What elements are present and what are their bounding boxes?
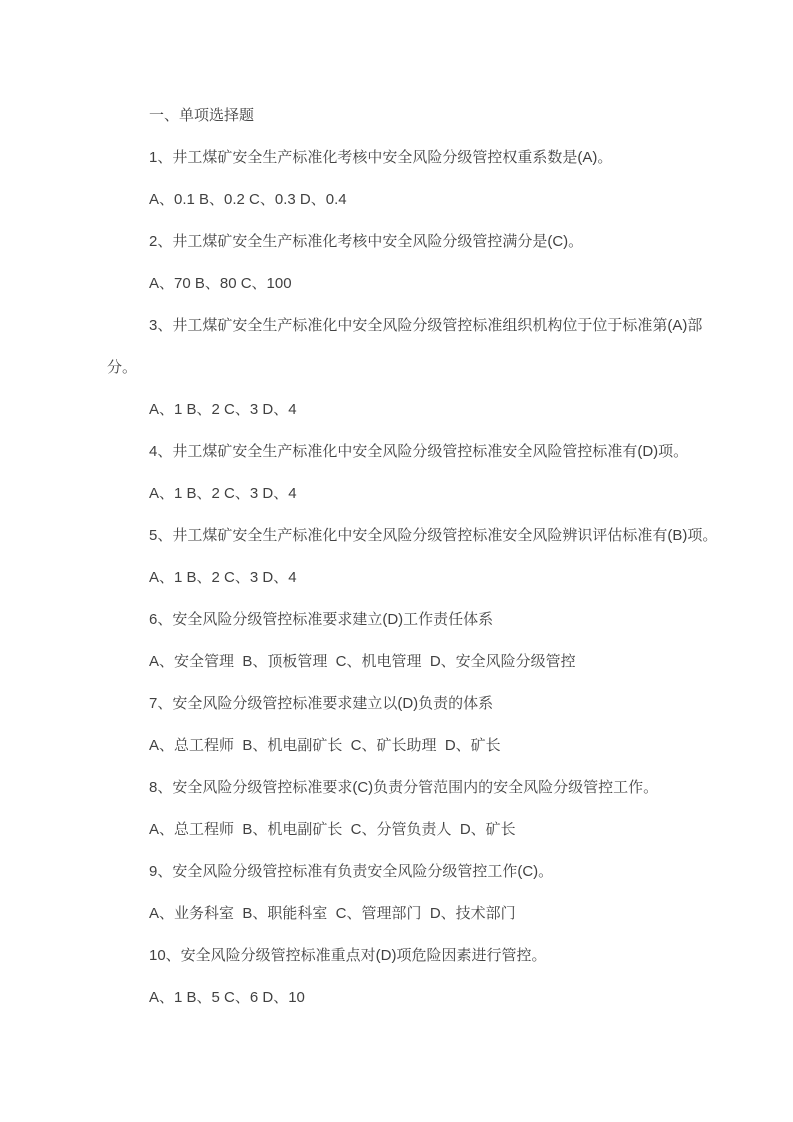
question-4-options: A、1 B、2 C、3 D、4 <box>107 473 705 515</box>
question-7-options: A、总工程师 B、机电副矿长 C、矿长助理 D、矿长 <box>107 725 705 767</box>
question-3-text: 3、井工煤矿安全生产标准化中安全风险分级管控标准组织机构位于位于标准第(A)部 <box>107 305 705 347</box>
question-8-text: 8、安全风险分级管控标准要求(C)负责分管范围内的安全风险分级管控工作。 <box>107 767 705 809</box>
question-9-options: A、业务科室 B、职能科室 C、管理部门 D、技术部门 <box>107 893 705 935</box>
question-6-options: A、安全管理 B、顶板管理 C、机电管理 D、安全风险分级管控 <box>107 641 705 683</box>
question-3-continuation: 分。 <box>107 347 705 389</box>
document-page: 一、单项选择题 1、井工煤矿安全生产标准化考核中安全风险分级管控权重系数是(A)… <box>0 0 793 1122</box>
question-3-options: A、1 B、2 C、3 D、4 <box>107 389 705 431</box>
question-6-text: 6、安全风险分级管控标准要求建立(D)工作责任体系 <box>107 599 705 641</box>
question-8-options: A、总工程师 B、机电副矿长 C、分管负责人 D、矿长 <box>107 809 705 851</box>
section-heading: 一、单项选择题 <box>107 95 705 137</box>
question-4-text: 4、井工煤矿安全生产标准化中安全风险分级管控标准安全风险管控标准有(D)项。 <box>107 431 705 473</box>
question-10-text: 10、安全风险分级管控标准重点对(D)项危险因素进行管控。 <box>107 935 705 977</box>
question-2-text: 2、井工煤矿安全生产标准化考核中安全风险分级管控满分是(C)。 <box>107 221 705 263</box>
question-5-options: A、1 B、2 C、3 D、4 <box>107 557 705 599</box>
question-10-options: A、1 B、5 C、6 D、10 <box>107 977 705 1019</box>
question-7-text: 7、安全风险分级管控标准要求建立以(D)负责的体系 <box>107 683 705 725</box>
question-2-options: A、70 B、80 C、100 <box>107 263 705 305</box>
question-1-options: A、0.1 B、0.2 C、0.3 D、0.4 <box>107 179 705 221</box>
question-1-text: 1、井工煤矿安全生产标准化考核中安全风险分级管控权重系数是(A)。 <box>107 137 705 179</box>
question-9-text: 9、安全风险分级管控标准有负责安全风险分级管控工作(C)。 <box>107 851 705 893</box>
question-5-text: 5、井工煤矿安全生产标准化中安全风险分级管控标准安全风险辨识评估标准有(B)项。 <box>107 515 705 557</box>
